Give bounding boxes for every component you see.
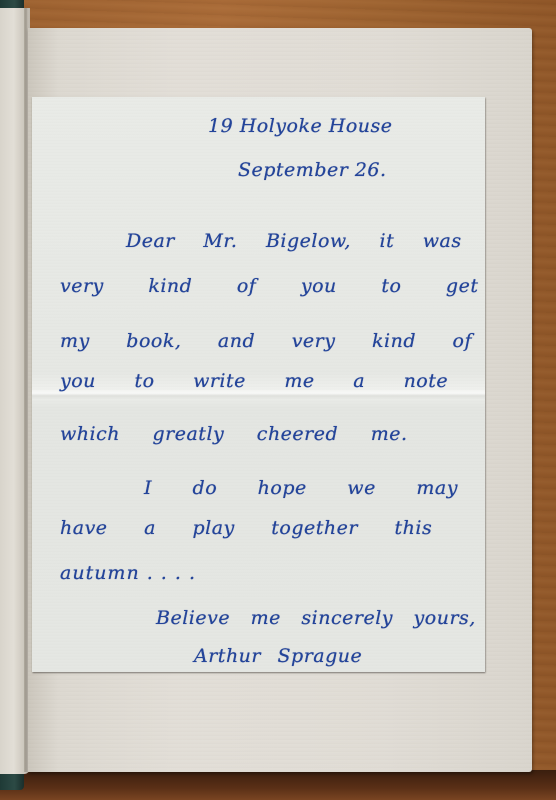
letter-signature: Arthur Sprague xyxy=(194,645,362,667)
letter-address: 19 Holyoke House xyxy=(208,115,393,137)
letter-line-7: have a play together this xyxy=(60,517,432,539)
letter-line-3: my book, and very kind of xyxy=(60,330,472,352)
letter-closing: Believe me sincerely yours, xyxy=(156,607,476,629)
letter-line-2: very kind of you to get xyxy=(60,275,478,297)
letter-line-8: autumn . . . . xyxy=(60,562,196,584)
letter-line-4: you to write me a note xyxy=(60,370,448,392)
letter-line-1: Dear Mr. Bigelow, it was xyxy=(126,230,462,252)
table-shadow xyxy=(0,770,556,800)
letter-date: September 26. xyxy=(238,159,387,181)
letter-line-6: I do hope we may xyxy=(144,477,458,499)
handwritten-letter: 19 Holyoke House September 26. Dear Mr. … xyxy=(32,97,485,672)
letter-line-5: which greatly cheered me. xyxy=(60,423,408,445)
